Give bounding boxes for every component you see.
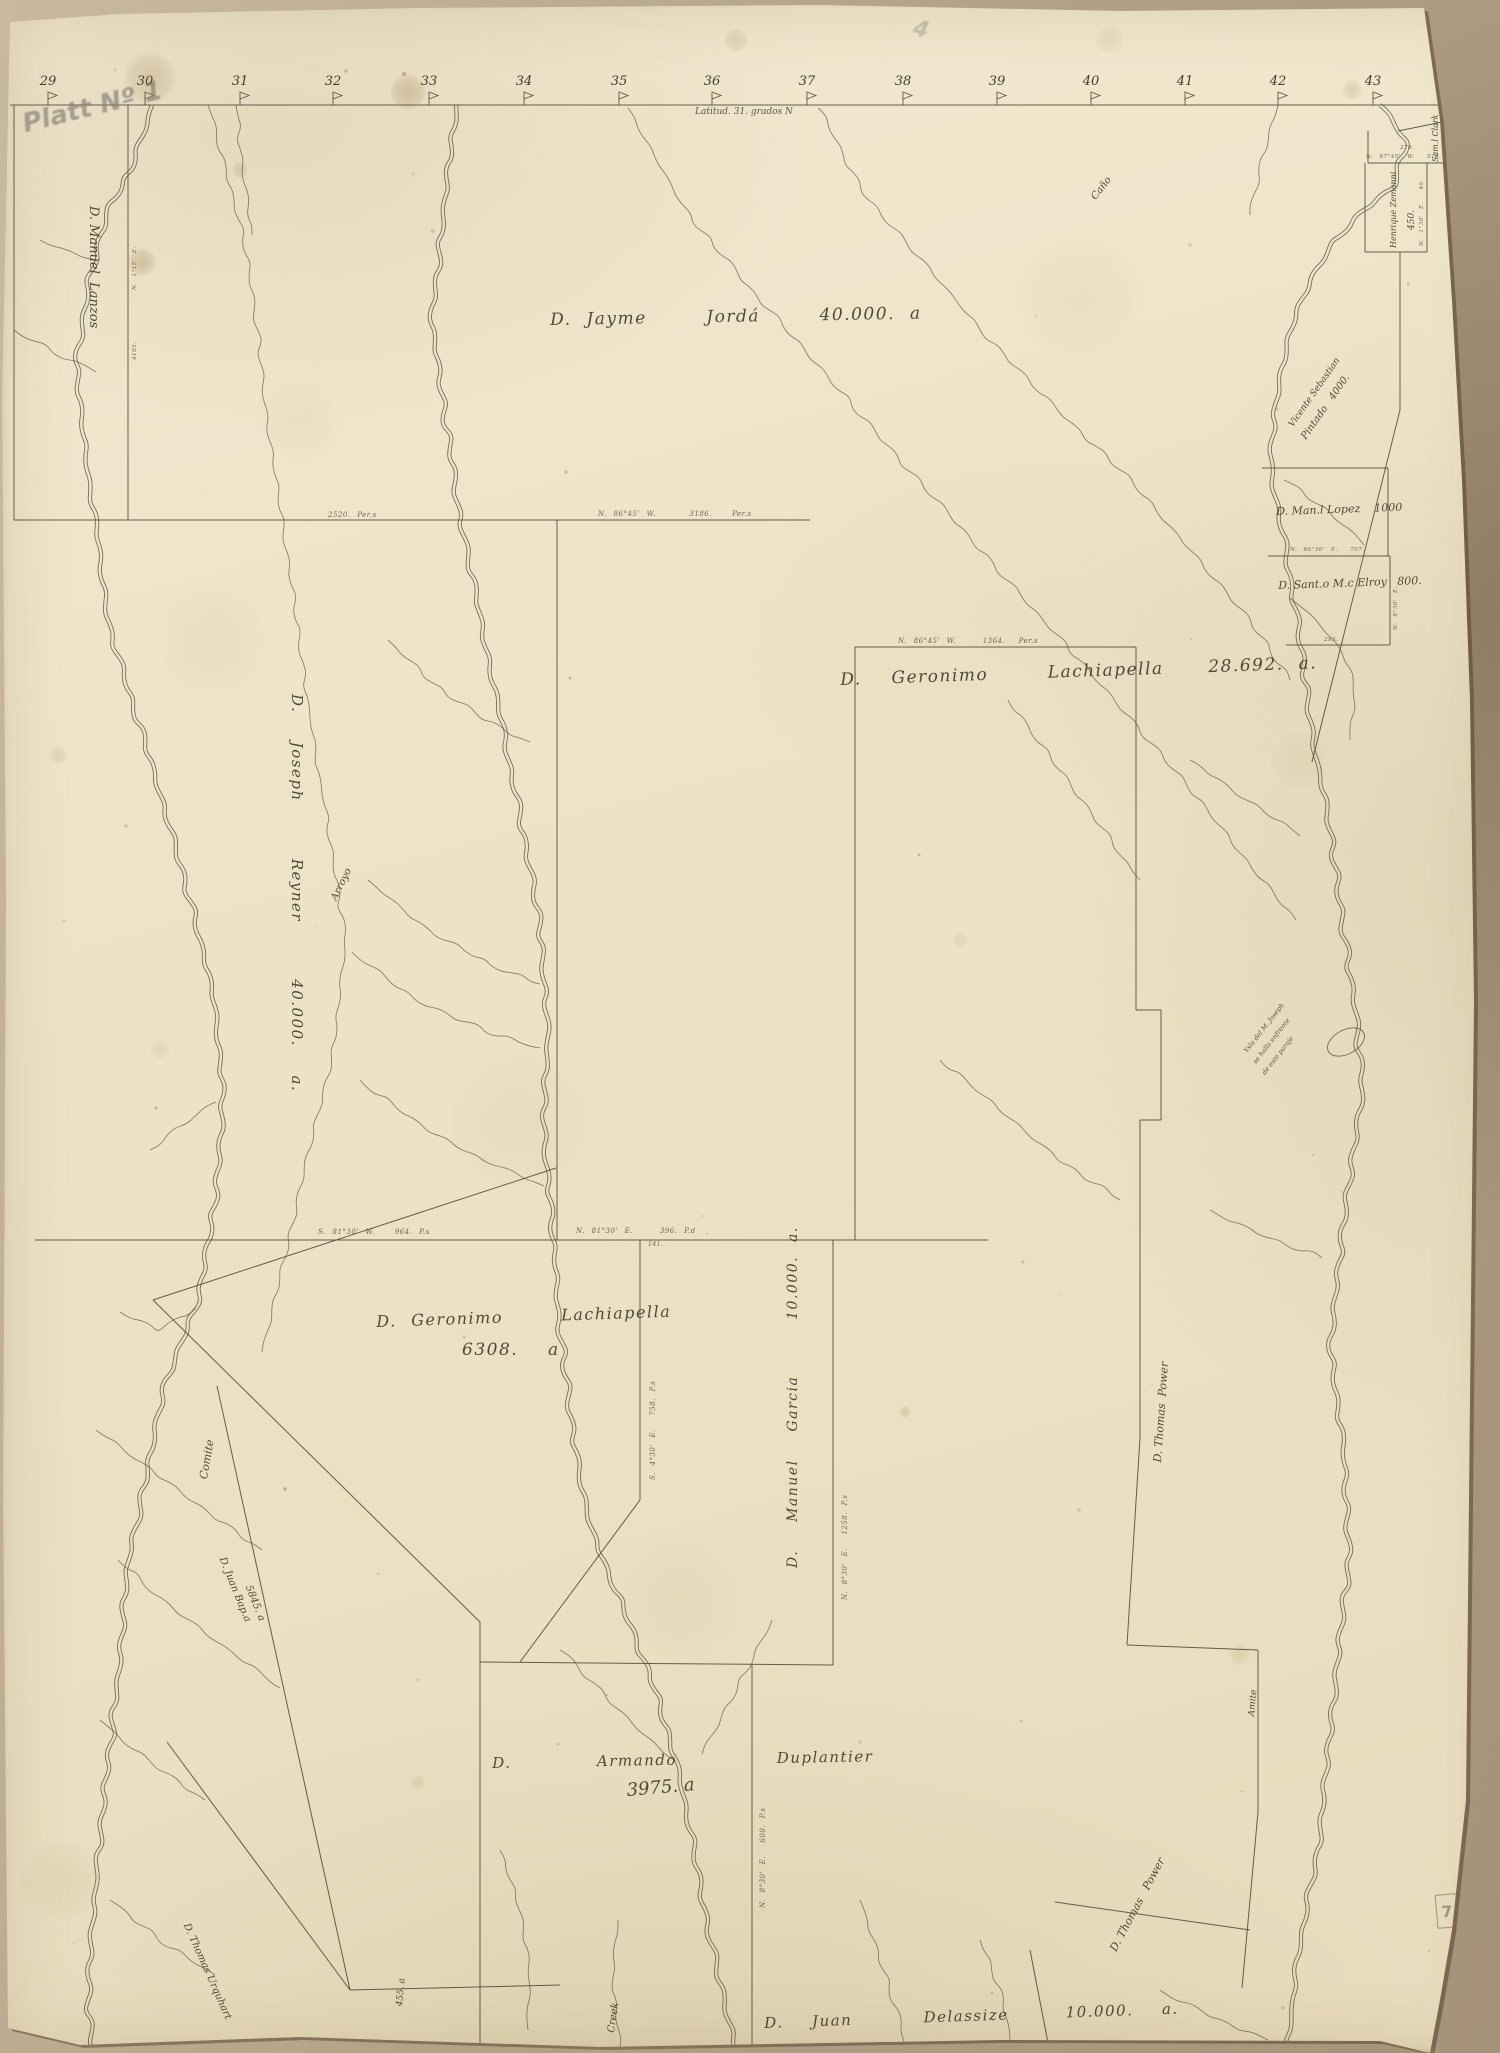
grant-lachiapella-6308-b: 6308. a: [462, 1342, 560, 1359]
bearing-label: N. 86°45' W. 1364. Per.s: [898, 638, 1038, 645]
river-course: [368, 880, 540, 984]
mile-flag-icon: [429, 92, 438, 105]
river-course: [77, 106, 226, 2053]
paper-speck: [1428, 1950, 1430, 1952]
mile-marker-42: 42: [1266, 74, 1290, 89]
bearing-label: N. 86°30' E. 707.: [1290, 548, 1364, 554]
paper-speck: [1022, 1261, 1025, 1264]
paper-speck: [991, 1992, 994, 1995]
mile-flag-icon: [1278, 92, 1287, 105]
river-course: [818, 108, 1290, 680]
paper-speck: [63, 920, 66, 923]
paper-speck: [113, 68, 116, 71]
grant-reyner: D. Joseph Reyner 40.000. a.: [289, 694, 304, 1092]
river-course: [360, 1080, 544, 1186]
paper-speck: [1151, 1384, 1153, 1386]
paper-speck: [344, 69, 348, 73]
river-course: [118, 1560, 280, 1688]
river-course: [860, 1900, 905, 2053]
paper-speck: [1275, 407, 1279, 411]
paper-speck: [706, 1233, 709, 1236]
paper-speck: [680, 1957, 681, 1958]
river-course: [208, 105, 346, 1352]
paper-speck: [201, 493, 202, 494]
mile-marker-35: 35: [607, 74, 631, 89]
bearing-label: N. 8°30' E. 600. P.s: [760, 1808, 767, 1908]
bearing-label: N. 81°30' E. 396. P.d: [576, 1228, 696, 1235]
paper-speck: [565, 471, 568, 474]
mile-marker-39: 39: [985, 74, 1009, 89]
bearing-label: N. 8°30' E. 1258. P.s: [842, 1495, 849, 1600]
mile-flag-icon: [712, 92, 721, 105]
paper-speck: [154, 1106, 157, 1109]
river-course: [236, 105, 252, 235]
paper-speck: [1035, 315, 1038, 318]
bearing-label: 279.: [1400, 146, 1414, 152]
mile-marker-38: 38: [891, 74, 915, 89]
paper-speck: [462, 1335, 465, 1338]
paper-speck: [557, 1743, 559, 1745]
mile-flag-icon: [997, 92, 1006, 105]
river-course: [14, 330, 96, 372]
mile-flag-icon: [333, 92, 342, 105]
river-course: [100, 1720, 205, 1800]
river-course: [1271, 104, 1409, 2053]
river-course: [73, 104, 222, 2053]
mile-flag-icon: [619, 92, 628, 105]
mile-flag-icon: [1091, 92, 1100, 105]
river-course: [150, 1102, 216, 1150]
folio-number: 7: [1441, 1901, 1454, 1921]
paper-speck: [1190, 638, 1192, 640]
mile-marker-31: 31: [228, 74, 252, 89]
river-course: [1210, 1210, 1322, 1258]
river-course: [352, 952, 540, 1048]
mile-marker-29: 29: [36, 74, 60, 89]
paper-speck: [1281, 2006, 1285, 2010]
mile-marker-34: 34: [512, 74, 536, 89]
mile-marker-33: 33: [417, 74, 441, 89]
river-course: [1250, 105, 1278, 215]
bearing-label: N. 1°30' E. 40.: [1420, 180, 1426, 246]
mile-flag-icon: [903, 92, 912, 105]
paper-speck: [316, 926, 318, 928]
bearing-label: 293.: [1324, 638, 1338, 644]
mile-marker-43: 43: [1361, 74, 1385, 89]
paper-speck: [1020, 1720, 1023, 1723]
tract-zemanni-a: Henrique Zemanni: [1390, 172, 1398, 248]
mile-marker-41: 41: [1173, 74, 1197, 89]
mile-marker-40: 40: [1079, 74, 1103, 89]
river-course: [96, 1430, 262, 1550]
mile-flag-icon: [807, 92, 816, 105]
mile-marker-32: 32: [321, 74, 345, 89]
paper-speck: [1312, 1154, 1315, 1157]
paper-speck: [858, 1740, 861, 1743]
river-course: [702, 1620, 772, 1754]
latitude-label: Latitud. 31. grados N: [695, 108, 793, 117]
mile-marker-36: 36: [700, 74, 724, 89]
paper-speck: [647, 1693, 648, 1694]
bearing-label: S. 4°30' E. 758. P.s: [650, 1381, 657, 1480]
paper-speck: [606, 1694, 608, 1696]
paper-speck: [73, 1942, 75, 1944]
river-course: [500, 1850, 530, 2030]
paper-speck: [417, 1679, 419, 1681]
paper-sheet: Platt Nº 14Latitud. 31. grados ND. Jayme…: [0, 0, 1500, 2053]
paper-speck: [1459, 1642, 1460, 1643]
mile-marker-30: 30: [133, 74, 157, 89]
paper-speck: [701, 1215, 703, 1217]
paper-speck: [124, 824, 128, 828]
bearing-label: 2520. Per.s: [328, 512, 377, 519]
river-course: [120, 1308, 196, 1330]
bearing-label: N. 8°30' E.: [1394, 586, 1400, 630]
mile-marker-37: 37: [795, 74, 819, 89]
paper-speck: [283, 1487, 287, 1491]
bearing-label: N. 1°15' E.: [133, 246, 139, 290]
bearing-label: N. 87°45' W. 579.: [1366, 155, 1441, 161]
paper-speck: [1059, 1293, 1060, 1294]
river-course: [388, 640, 530, 742]
mile-flag-icon: [1373, 92, 1382, 105]
paper-speck: [1407, 283, 1410, 286]
bearing-label: 4193.: [133, 342, 139, 360]
paper-speck: [1188, 243, 1192, 247]
tract-zemanni-b: 450.: [1408, 210, 1417, 230]
mile-flag-icon: [240, 92, 249, 105]
paper-speck: [402, 72, 406, 76]
paper-speck: [569, 677, 572, 680]
mile-flag-icon: [1185, 92, 1194, 105]
grant-garcia: D. Manuel Garcia 10.000. a.: [786, 1226, 800, 1568]
river-course: [940, 1060, 1120, 1200]
bearing-label: S. 81°30' W. 964. P.s: [318, 1229, 430, 1236]
bearing-label: 141.: [648, 1242, 663, 1248]
paper-speck: [918, 854, 921, 857]
river-course: [1190, 760, 1300, 836]
paper-speck: [412, 173, 415, 176]
river-course: [560, 1650, 674, 1760]
river-course: [980, 1940, 1010, 2040]
paper-speck: [431, 229, 435, 233]
bearing-label: N. 86°45' W. 3186. Per.s: [598, 511, 752, 518]
grant-lanzos: D. Manuel Lanzos: [87, 206, 100, 328]
river-course: [1008, 700, 1140, 880]
mile-flag-icon: [524, 92, 533, 105]
paper-speck: [23, 1687, 25, 1689]
paper-speck: [1077, 1508, 1081, 1512]
paper-speck: [1241, 1790, 1244, 1793]
paper-speck: [377, 1573, 379, 1575]
scanned-plat-map: Platt Nº 14Latitud. 31. grados ND. Jayme…: [0, 0, 1500, 2053]
